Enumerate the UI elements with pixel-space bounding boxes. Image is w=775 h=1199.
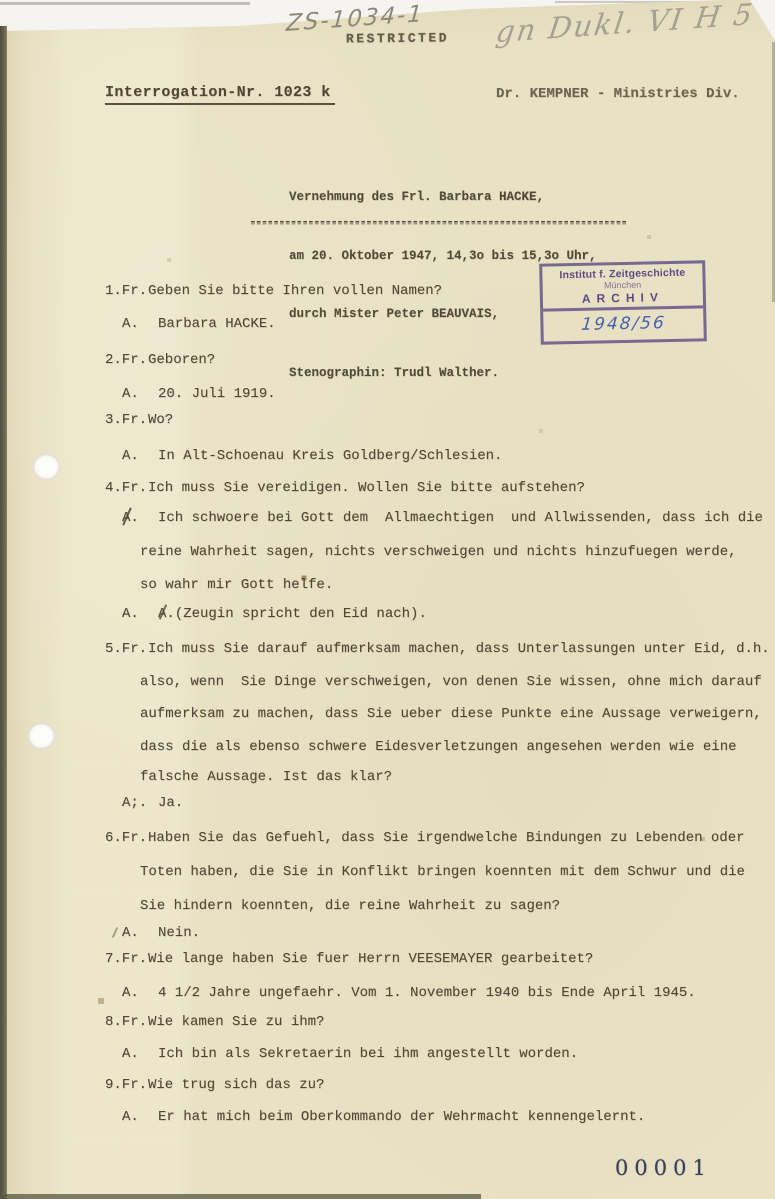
question-marker: 2.Fr. xyxy=(105,352,148,368)
scanner-edge-artifact xyxy=(0,2,250,5)
answer-marker: A. xyxy=(122,1109,158,1125)
question-line: 4.Fr.Ich muss Sie vereidigen. Wollen Sie… xyxy=(105,480,585,496)
answer-text: In Alt-Schoenau Kreis Goldberg/Schlesien… xyxy=(158,448,502,464)
question-marker: 6.Fr. xyxy=(105,830,148,846)
answer-text: Ja. xyxy=(158,795,183,811)
question-line: 9.Fr.Wie trug sich das zu? xyxy=(105,1077,324,1093)
paper-left-edge xyxy=(0,26,7,1199)
continuation-line: falsche Aussage. Ist das klar? xyxy=(140,769,392,785)
continuation-line: also, wenn Sie Dinge verschweigen, von d… xyxy=(140,674,762,690)
question-text: Ich muss Sie darauf aufmerksam machen, d… xyxy=(148,641,770,657)
answer-line: A.In Alt-Schoenau Kreis Goldberg/Schlesi… xyxy=(122,448,502,464)
scanned-document-page: { "annotations": { "pencil_ref": "ZS-103… xyxy=(0,0,775,1199)
answer-marker: A. xyxy=(122,1046,158,1062)
answer-text: reine Wahrheit sagen, nichts verschweige… xyxy=(140,544,737,560)
answer-marker: A. xyxy=(122,606,158,622)
answer-text: Nein. xyxy=(158,925,200,941)
question-marker: 7.Fr. xyxy=(105,951,148,967)
question-line: 2.Fr.Geboren? xyxy=(105,352,215,368)
question-marker: 4.Fr. xyxy=(105,480,148,496)
question-marker: 3.Fr. xyxy=(105,412,148,428)
archive-stamp-header: Institut f. Zeitgeschichte München ARCHI… xyxy=(542,263,703,311)
question-text: Wo? xyxy=(148,412,173,428)
answer-marker: A. xyxy=(122,386,158,402)
continuation-line: so wahr mir Gott helfe. xyxy=(140,577,333,593)
answer-marker: A. xyxy=(122,448,158,464)
answer-line: A.A.(Zeugin spricht den Eid nach). xyxy=(122,606,427,622)
question-line: 1.Fr.Geben Sie bitte Ihren vollen Namen? xyxy=(105,283,442,299)
continuation-line: aufmerksam zu machen, dass Sie ueber die… xyxy=(140,706,762,722)
answer-marker: A. xyxy=(122,985,158,1001)
answer-line: A;.Ja. xyxy=(122,795,183,811)
session-line: Stenographin: Trudl Walther. xyxy=(289,364,597,384)
question-text: Geboren? xyxy=(148,352,215,368)
question-text: falsche Aussage. Ist das klar? xyxy=(140,769,392,785)
session-line: Vernehmung des Frl. Barbara HACKE, xyxy=(289,188,597,208)
paper-bottom-edge xyxy=(0,1194,481,1199)
answer-text: A.(Zeugin spricht den Eid nach). xyxy=(158,606,427,622)
question-line: 8.Fr.Wie kamen Sie zu ihm? xyxy=(105,1014,324,1030)
answer-marker: A;. xyxy=(122,795,158,811)
question-text: aufmerksam zu machen, dass Sie ueber die… xyxy=(140,706,762,722)
question-text: Wie trug sich das zu? xyxy=(148,1077,324,1093)
archive-accession-number: 1948/56 xyxy=(542,308,704,341)
answer-line: A.Ich schwoere bei Gott dem Allmaechtige… xyxy=(122,510,763,526)
answer-marker: A. xyxy=(122,925,158,941)
question-line: 3.Fr.Wo? xyxy=(105,412,173,428)
archive-stamp: Institut f. Zeitgeschichte München ARCHI… xyxy=(539,260,707,344)
question-text: Wie kamen Sie zu ihm? xyxy=(148,1014,324,1030)
question-text: Toten haben, die Sie in Konflikt bringen… xyxy=(140,864,745,880)
question-line: 7.Fr.Wie lange haben Sie fuer Herrn VEES… xyxy=(105,951,593,967)
archive-stamp-archiv: ARCHIV xyxy=(545,289,701,306)
answer-text: Ich schwoere bei Gott dem Allmaechtigen … xyxy=(158,510,763,526)
answer-text: so wahr mir Gott helfe. xyxy=(140,577,333,593)
continuation-line: reine Wahrheit sagen, nichts verschweige… xyxy=(140,544,737,560)
interrogation-number: Interrogation-Nr. 1023 k xyxy=(105,84,335,105)
answer-line: A.Barbara HACKE. xyxy=(122,316,276,332)
paper-specks xyxy=(0,0,2,2)
question-text: Ich muss Sie vereidigen. Wollen Sie bitt… xyxy=(148,480,585,496)
question-line: 5.Fr.Ich muss Sie darauf aufmerksam mach… xyxy=(105,641,770,657)
question-marker: 5.Fr. xyxy=(105,641,148,657)
answer-line: A.Er hat mich beim Oberkommando der Wehr… xyxy=(122,1109,645,1125)
answer-line: A.20. Juli 1919. xyxy=(122,386,276,402)
answer-marker-overstruck: A. xyxy=(122,510,158,526)
question-marker: 1.Fr. xyxy=(105,283,148,299)
answer-text: Barbara HACKE. xyxy=(158,316,276,332)
continuation-line: Sie hindern koennten, die reine Wahrheit… xyxy=(140,898,560,914)
punch-hole xyxy=(28,723,55,749)
answer-text: 20. Juli 1919. xyxy=(158,386,276,402)
question-text: Sie hindern koennten, die reine Wahrheit… xyxy=(140,898,560,914)
question-text: Geben Sie bitte Ihren vollen Namen? xyxy=(148,283,442,299)
dashed-separator: ----------------------------------------… xyxy=(249,214,627,228)
question-text: also, wenn Sie Dinge verschweigen, von d… xyxy=(140,674,762,690)
continuation-line: Toten haben, die Sie in Konflikt bringen… xyxy=(140,864,745,880)
restricted-stamp: RESTRICTED xyxy=(346,30,449,46)
question-text: Wie lange haben Sie fuer Herrn VEESEMAYE… xyxy=(148,951,593,967)
question-text: dass die als ebenso schwere Eidesverletz… xyxy=(140,739,737,755)
page-number-stamp: 00001 xyxy=(615,1156,712,1180)
answer-marker: A. xyxy=(122,316,158,332)
answer-text: 4 1/2 Jahre ungefaehr. Vom 1. November 1… xyxy=(158,985,696,1001)
punch-hole xyxy=(33,454,60,480)
answer-line: A.4 1/2 Jahre ungefaehr. Vom 1. November… xyxy=(122,985,696,1001)
question-marker: 8.Fr. xyxy=(105,1014,148,1030)
examiner-division: Dr. KEMPNER - Ministries Div. xyxy=(496,86,740,102)
answer-text: Ich bin als Sekretaerin bei ihm angestel… xyxy=(158,1046,578,1062)
question-text: Haben Sie das Gefuehl, dass Sie irgendwe… xyxy=(148,830,745,846)
answer-text: Er hat mich beim Oberkommando der Wehrma… xyxy=(158,1109,645,1125)
continuation-line: dass die als ebenso schwere Eidesverletz… xyxy=(140,739,737,755)
answer-line: A.Ich bin als Sekretaerin bei ihm angest… xyxy=(122,1046,578,1062)
question-line: 6.Fr.Haben Sie das Gefuehl, dass Sie irg… xyxy=(105,830,745,846)
answer-line: A.Nein. xyxy=(122,925,200,941)
question-marker: 9.Fr. xyxy=(105,1077,148,1093)
